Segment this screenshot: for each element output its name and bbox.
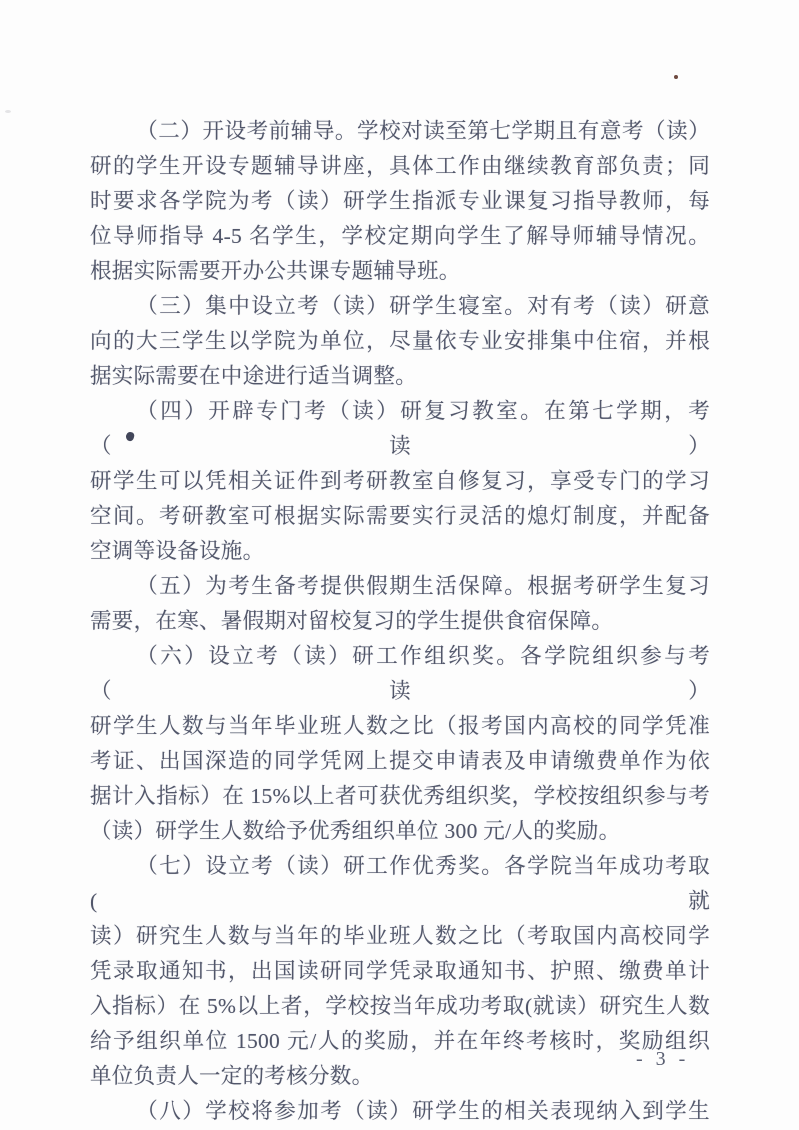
paragraph: （八）学校将参加考（读）研学生的相关表现纳入到学生 (90, 1094, 710, 1129)
text-line: （八）学校将参加考（读）研学生的相关表现纳入到学生 (90, 1094, 710, 1129)
text-line: 根据实际需要开办公共课专题辅导班。 (90, 254, 710, 289)
text-line: （五）为考生备考提供假期生活保障。根据考研学生复习 (90, 569, 710, 604)
paragraph: （五）为考生备考提供假期生活保障。根据考研学生复习需要，在寒、暑假期对留校复习的… (90, 569, 710, 639)
paragraph: （七）设立考（读）研工作优秀奖。各学院当年成功考取(就读）研究生人数与当年的毕业… (90, 849, 710, 1094)
text-line: 位导师指导 4-5 名学生，学校定期向学生了解导师辅导情况。 (90, 219, 710, 254)
text-line: 入指标）在 5%以上者，学校按当年成功考取(就读）研究生人数 (90, 989, 710, 1024)
text-line: 研学生人数与当年毕业班人数之比（报考国内高校的同学凭准 (90, 709, 710, 744)
text-line: 单位负责人一定的考核分数。 (90, 1059, 710, 1094)
text-line: （二）开设考前辅导。学校对读至第七学期且有意考（读） (90, 114, 710, 149)
paragraph: （二）开设考前辅导。学校对读至第七学期且有意考（读）研的学生开设专题辅导讲座，具… (90, 114, 710, 289)
text-line: 据实际需要在中途进行适当调整。 (90, 359, 710, 394)
text-line: 据计入指标）在 15%以上者可获优秀组织奖，学校按组织参与考 (90, 779, 710, 814)
paragraph: （六）设立考（读）研工作组织奖。各学院组织参与考（读）研学生人数与当年毕业班人数… (90, 639, 710, 849)
text-line: 空间。考研教室可根据实际需要实行灵活的熄灯制度，并配备 (90, 499, 710, 534)
text-line: 向的大三学生以学院为单位，尽量依专业安排集中住宿，并根 (90, 324, 710, 359)
text-line: 研的学生开设专题辅导讲座，具体工作由继续教育部负责；同 (90, 149, 710, 184)
text-line: 时要求各学院为考（读）研学生指派专业课复习指导教师，每 (90, 184, 710, 219)
text-line: 空调等设备设施。 (90, 534, 710, 569)
text-line: （六）设立考（读）研工作组织奖。各学院组织参与考（读） (90, 639, 710, 709)
text-line: 凭录取通知书，出国读研同学凭录取通知书、护照、缴费单计 (90, 954, 710, 989)
text-line: （七）设立考（读）研工作优秀奖。各学院当年成功考取(就 (90, 849, 710, 919)
text-line: 读）研究生人数与当年的毕业班人数之比（考取国内高校同学 (90, 919, 710, 954)
text-line: （三）集中设立考（读）研学生寝室。对有考（读）研意 (90, 289, 710, 324)
paragraph: （三）集中设立考（读）研学生寝室。对有考（读）研意向的大三学生以学院为单位，尽量… (90, 289, 710, 394)
scanned-document-page: （二）开设考前辅导。学校对读至第七学期且有意考（读）研的学生开设专题辅导讲座，具… (0, 0, 799, 1130)
page-number: - 3 - (636, 1046, 689, 1072)
text-line: 研学生可以凭相关证件到考研教室自修复习，享受专门的学习 (90, 464, 710, 499)
text-line: 给予组织单位 1500 元/人的奖励，并在年终考核时，奖励组织 (90, 1024, 710, 1059)
text-line: 考证、出国深造的同学凭网上提交申请表及申请缴费单作为依 (90, 744, 710, 779)
ink-speck-top-right (674, 75, 678, 79)
paragraph: （四）开辟专门考（读）研复习教室。在第七学期，考（读）研学生可以凭相关证件到考研… (90, 394, 710, 569)
text-line: （四）开辟专门考（读）研复习教室。在第七学期，考（读） (90, 394, 710, 464)
document-body: （二）开设考前辅导。学校对读至第七学期且有意考（读）研的学生开设专题辅导讲座，具… (90, 114, 710, 1129)
text-line: （读）研学生人数给予优秀组织单位 300 元/人的奖励。 (90, 814, 710, 849)
scan-mark-left-margin (5, 110, 11, 113)
text-line: 需要，在寒、暑假期对留校复习的学生提供食宿保障。 (90, 604, 710, 639)
